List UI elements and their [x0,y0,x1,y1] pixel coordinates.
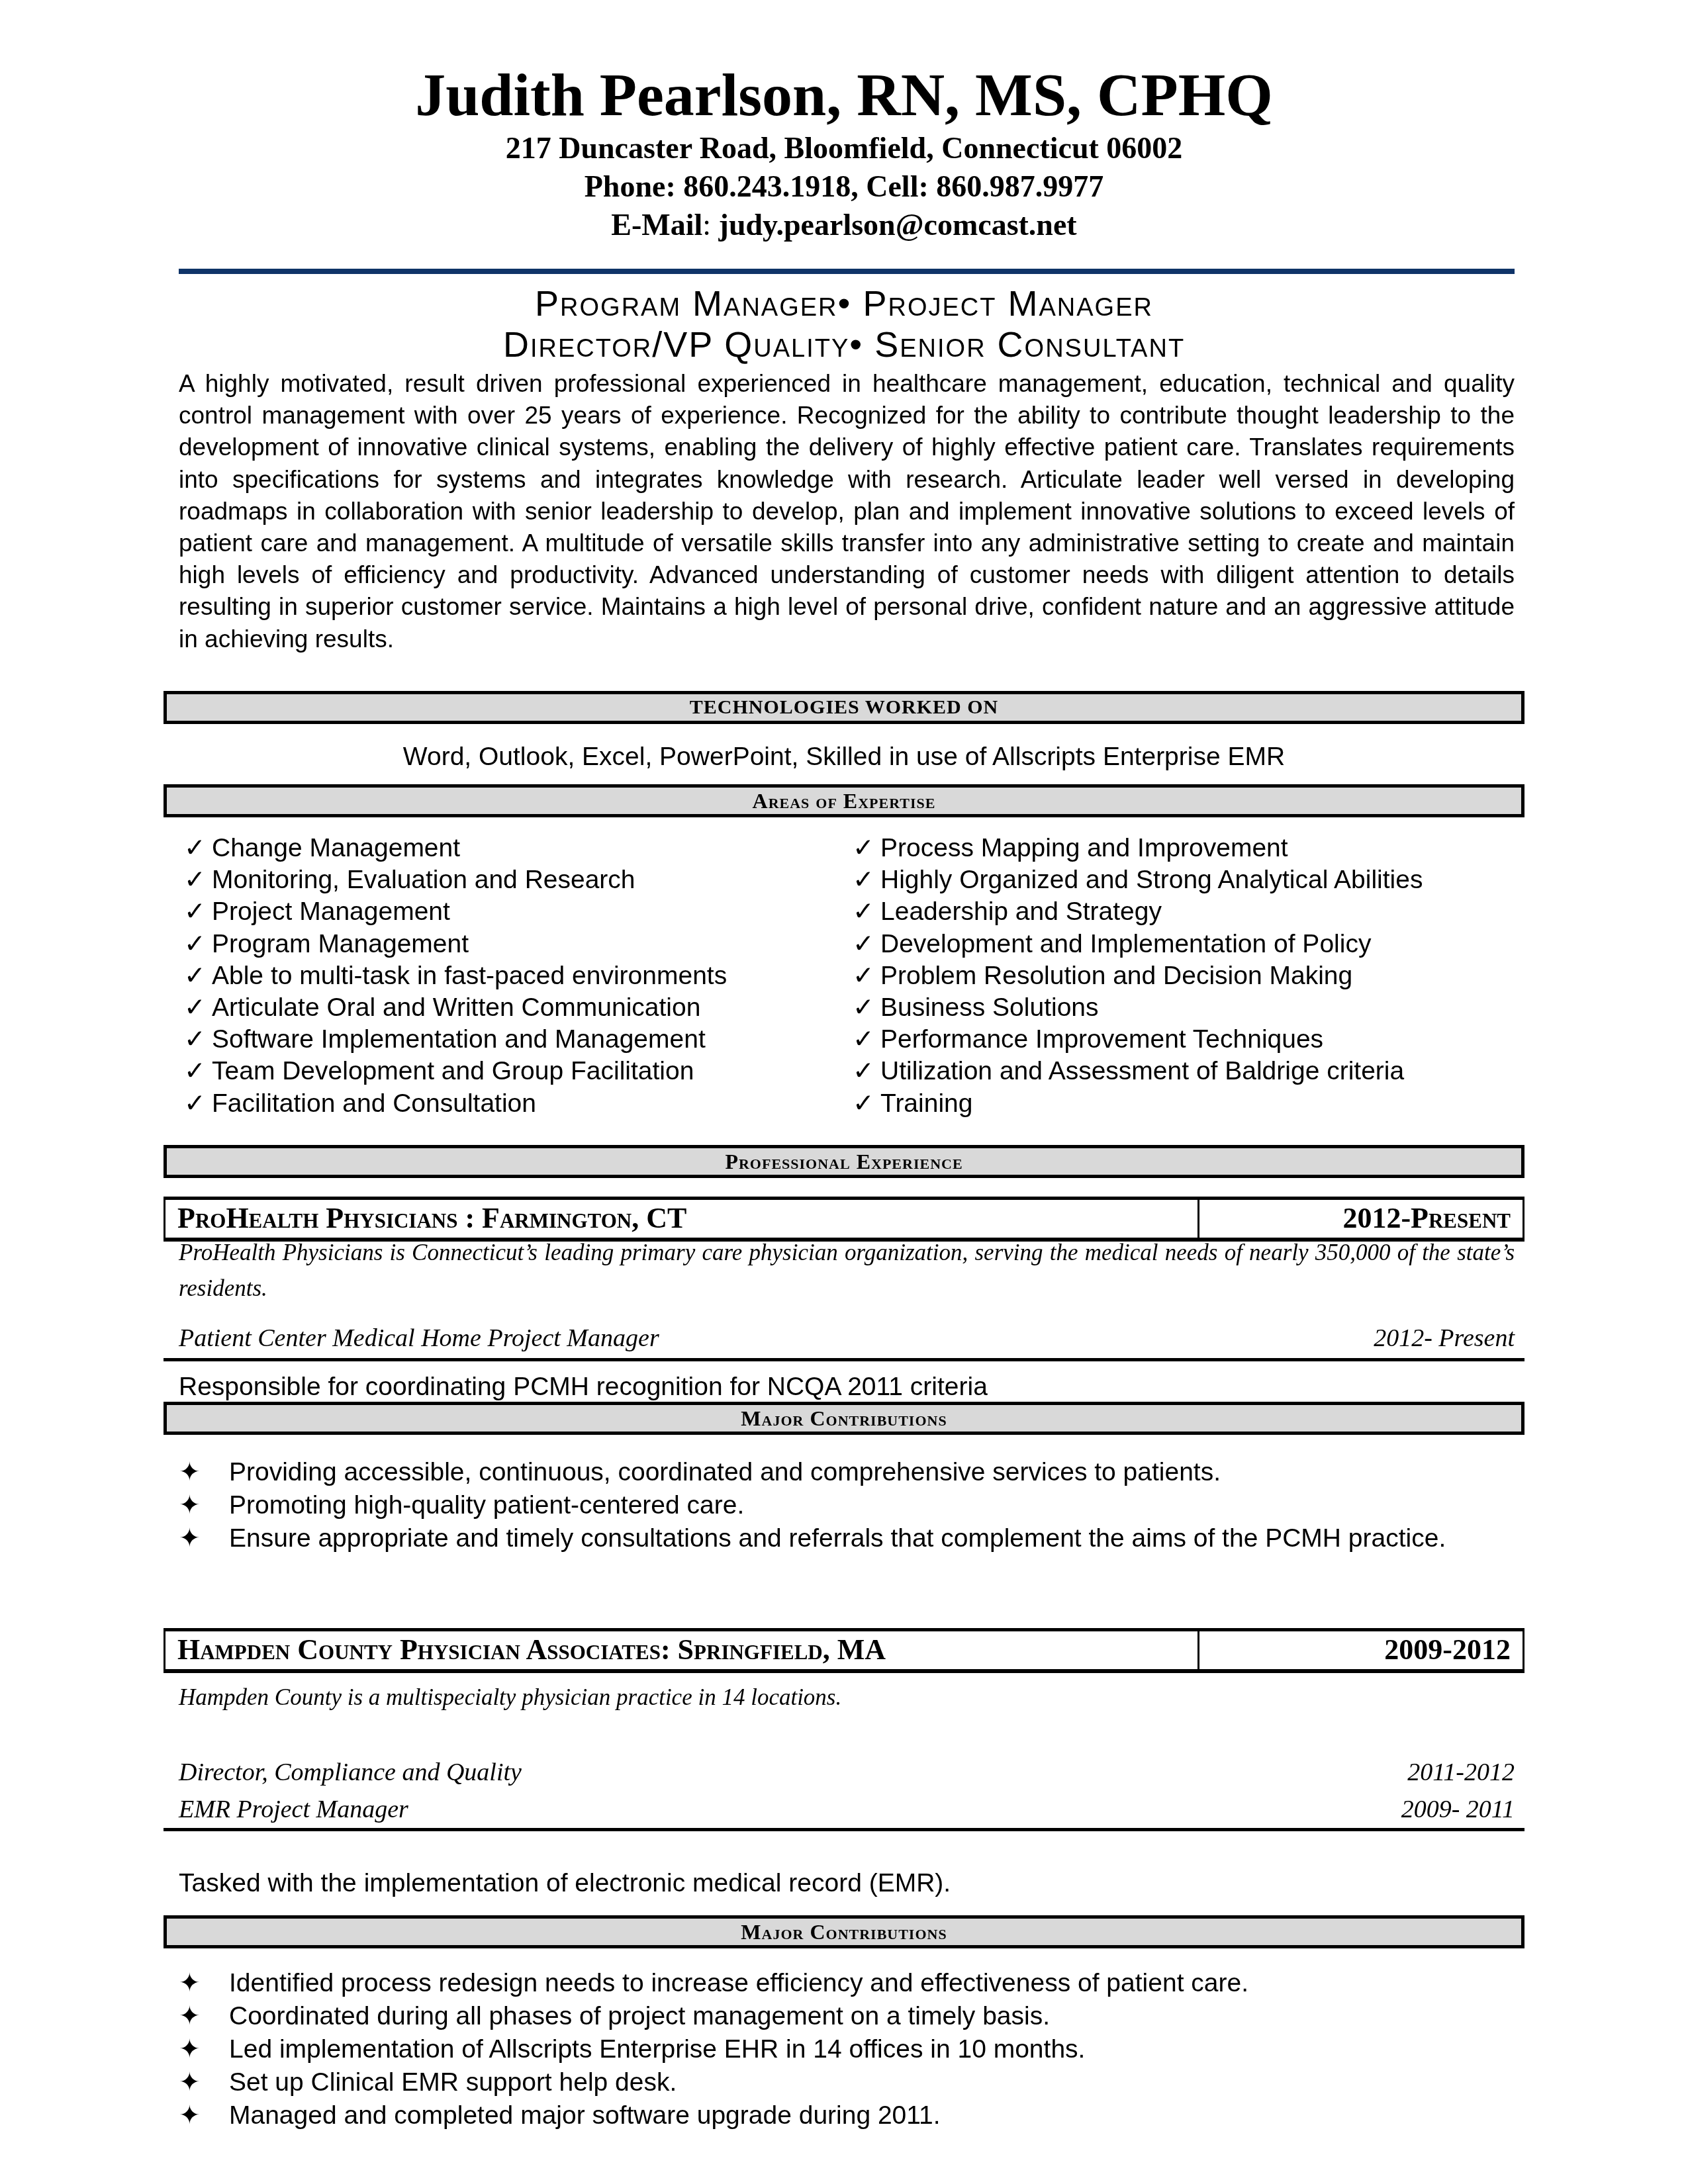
list-item-text: Managed and completed major software upg… [229,2099,1515,2132]
job-header: Hampden County Physician Associates: Spr… [164,1628,1524,1673]
email-label: E-Mail [611,208,702,242]
expertise-column-left: ✓Change Management✓Monitoring, Evaluatio… [184,833,727,1120]
contributions-list: ✦Identified process redesign needs to in… [179,1967,1515,2132]
list-item: ✦Set up Clinical EMR support help desk. [179,2066,1515,2099]
list-item: ✦Promoting high-quality patient-centered… [179,1489,1515,1522]
list-item: ✓Development and Implementation of Polic… [853,929,1423,960]
candidate-name: Judith Pearlson, RN, MS, CPHQ [0,58,1688,131]
list-item-text: Identified process redesign needs to inc… [229,1967,1515,2000]
phone-line: Phone: 860.243.1918, Cell: 860.987.9977 [0,168,1688,205]
list-item-text: Training [880,1089,972,1118]
list-item-text: Providing accessible, continuous, coordi… [229,1456,1515,1489]
list-item: ✓Facilitation and Consultation [184,1088,727,1120]
checkmark-icon: ✓ [184,929,212,960]
section-header-contributions: Major Contributions [164,1402,1524,1435]
checkmark-icon: ✓ [184,896,212,928]
list-item-text: Coordinated during all phases of project… [229,2000,1515,2033]
list-item-text: Promoting high-quality patient-centered … [229,1489,1515,1522]
role-title: Patient Center Medical Home Project Mana… [179,1320,659,1357]
list-item-text: Software Implementation and Management [212,1025,706,1054]
four-point-star-icon: ✦ [179,2000,229,2033]
list-item: ✓Articulate Oral and Written Communicati… [184,992,727,1024]
list-item-text: Articulate Oral and Written Communicatio… [212,993,700,1022]
checkmark-icon: ✓ [184,1056,212,1087]
checkmark-icon: ✓ [853,896,880,928]
list-item-text: Highly Organized and Strong Analytical A… [880,866,1423,894]
list-item: ✓Program Management [184,929,727,960]
list-item: ✓Project Management [184,896,727,928]
company-name: ProHealth Physicians : Farmington, CT [165,1200,1199,1238]
list-item-text: Program Management [212,930,469,958]
technologies-list: Word, Outlook, Excel, PowerPoint, Skille… [0,741,1688,773]
checkmark-icon: ✓ [853,929,880,960]
checkmark-icon: ✓ [853,992,880,1024]
company-years: 2012-Present [1199,1200,1523,1238]
email-line: E-Mail: judy.pearlson@comcast.net [0,206,1688,244]
list-item: ✓Performance Improvement Techniques [853,1024,1423,1056]
list-item: ✦Managed and completed major software up… [179,2099,1515,2132]
checkmark-icon: ✓ [853,1088,880,1120]
list-item-text: Leadership and Strategy [880,897,1162,926]
list-item-text: Performance Improvement Techniques [880,1025,1323,1054]
section-header-expertise: Areas of Expertise [164,784,1524,817]
role-years: 2011-2012 [1407,1754,1515,1791]
list-item-text: Process Mapping and Improvement [880,834,1288,862]
list-item: ✓Business Solutions [853,992,1423,1024]
list-item: ✓Utilization and Assessment of Baldrige … [853,1056,1423,1087]
role-title: EMR Project Manager [179,1791,408,1828]
list-item: ✓Highly Organized and Strong Analytical … [853,864,1423,896]
checkmark-icon: ✓ [853,1024,880,1056]
company-name: Hampden County Physician Associates: Spr… [165,1631,1199,1669]
role-line: Director, Compliance and Quality 2011-20… [179,1754,1515,1791]
section-header-technologies: TECHNOLOGIES WORKED ON [164,691,1524,724]
list-item-text: Led implementation of Allscripts Enterpr… [229,2033,1515,2066]
list-item: ✦Identified process redesign needs to in… [179,1967,1515,2000]
list-item: ✓Leadership and Strategy [853,896,1423,928]
list-item: ✦Providing accessible, continuous, coord… [179,1456,1515,1489]
checkmark-icon: ✓ [184,1024,212,1056]
list-item: ✓Training [853,1088,1423,1120]
checkmark-icon: ✓ [853,833,880,864]
checkmark-icon: ✓ [184,833,212,864]
list-item-text: Monitoring, Evaluation and Research [212,866,635,894]
header-divider [179,269,1515,274]
list-item: ✓Process Mapping and Improvement [853,833,1423,864]
list-item-text: Problem Resolution and Decision Making [880,962,1352,990]
checkmark-icon: ✓ [184,864,212,896]
list-item: ✓Change Management [184,833,727,864]
headline-line-2: Director/VP Quality• Senior Consultant [0,324,1688,365]
email-link[interactable]: judy.pearlson@comcast.net [719,208,1077,242]
list-item-text: Change Management [212,834,460,862]
list-item-text: Ensure appropriate and timely consultati… [229,1522,1515,1555]
list-item: ✦Led implementation of Allscripts Enterp… [179,2033,1515,2066]
four-point-star-icon: ✦ [179,2033,229,2066]
four-point-star-icon: ✦ [179,2066,229,2099]
job-summary: Tasked with the implementation of electr… [179,1868,1515,1899]
list-item: ✦Ensure appropriate and timely consultat… [179,1522,1515,1555]
list-item-text: Facilitation and Consultation [212,1089,536,1118]
list-item: ✓Team Development and Group Facilitation [184,1056,727,1087]
list-item: ✓Problem Resolution and Decision Making [853,960,1423,992]
role-years: 2009- 2011 [1401,1791,1515,1828]
list-item-text: Development and Implementation of Policy [880,930,1371,958]
list-item-text: Business Solutions [880,993,1099,1022]
role-divider [164,1358,1524,1361]
contributions-list: ✦Providing accessible, continuous, coord… [179,1456,1515,1555]
list-item: ✦Coordinated during all phases of projec… [179,2000,1515,2033]
role-line: Patient Center Medical Home Project Mana… [179,1320,1515,1357]
list-item-text: Able to multi-task in fast-paced environ… [212,962,727,990]
expertise-column-right: ✓Process Mapping and Improvement✓Highly … [853,833,1423,1120]
list-item-text: Utilization and Assessment of Baldrige c… [880,1057,1404,1085]
headline-line-1: Program Manager• Project Manager [0,283,1688,324]
list-item: ✓Software Implementation and Management [184,1024,727,1056]
list-item-text: Set up Clinical EMR support help desk. [229,2066,1515,2099]
checkmark-icon: ✓ [184,992,212,1024]
section-header-contributions: Major Contributions [164,1915,1524,1948]
list-item-text: Team Development and Group Facilitation [212,1057,694,1085]
company-description: ProHealth Physicians is Connecticut’s le… [179,1235,1515,1306]
company-years: 2009-2012 [1199,1631,1523,1669]
checkmark-icon: ✓ [853,960,880,992]
four-point-star-icon: ✦ [179,1489,229,1522]
list-item: ✓Monitoring, Evaluation and Research [184,864,727,896]
list-item-text: Project Management [212,897,450,926]
checkmark-icon: ✓ [184,1088,212,1120]
four-point-star-icon: ✦ [179,1456,229,1489]
job-summary: Responsible for coordinating PCMH recogn… [179,1371,1515,1403]
company-description: Hampden County is a multispecialty physi… [179,1680,1515,1715]
resume-page: Judith Pearlson, RN, MS, CPHQ 217 Duncas… [0,0,1688,2184]
role-years: 2012- Present [1374,1320,1515,1357]
checkmark-icon: ✓ [184,960,212,992]
four-point-star-icon: ✦ [179,2099,229,2132]
list-item: ✓Able to multi-task in fast-paced enviro… [184,960,727,992]
four-point-star-icon: ✦ [179,1967,229,2000]
professional-summary: A highly motivated, result driven profes… [179,368,1515,655]
checkmark-icon: ✓ [853,1056,880,1087]
section-header-experience: Professional Experience [164,1145,1524,1178]
checkmark-icon: ✓ [853,864,880,896]
four-point-star-icon: ✦ [179,1522,229,1555]
address: 217 Duncaster Road, Bloomfield, Connecti… [0,130,1688,167]
role-line: EMR Project Manager 2009- 2011 [179,1791,1515,1828]
role-title: Director, Compliance and Quality [179,1754,522,1791]
role-divider [164,1828,1524,1831]
